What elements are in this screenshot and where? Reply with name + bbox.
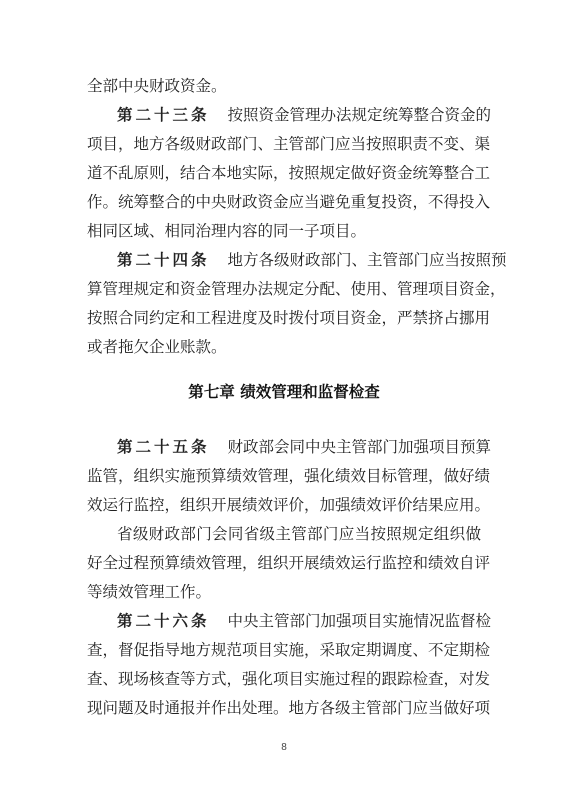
text-line: 作。统筹整合的中央财政资金应当避免重复投资，不得投入 bbox=[87, 188, 481, 217]
text-line: 监管，组织实施预算绩效管理，强化绩效目标管理，做好绩 bbox=[87, 462, 481, 491]
line-text: 中央主管部门加强项目实施情况监督检 bbox=[228, 612, 492, 630]
line-text: 查、现场核查等方式，强化项目实施过程的跟踪检查，对发 bbox=[87, 670, 490, 688]
text-line: 现问题及时通报并作出处理。地方各级主管部门应当做好项 bbox=[87, 694, 481, 723]
line-text: 查，督促指导地方规范项目实施，采取定期调度、不定期检 bbox=[87, 641, 490, 659]
article-number: 第二十四条 bbox=[117, 251, 210, 269]
line-text: 相同区域、相同治理内容的同一子项目。 bbox=[87, 222, 366, 240]
line-text: 现问题及时通报并作出处理。地方各级主管部门应当做好项 bbox=[87, 699, 490, 717]
text-line: 项目，地方各级财政部门、主管部门应当按照职责不变、渠 bbox=[87, 130, 481, 159]
line-text: 等绩效管理工作。 bbox=[87, 583, 211, 601]
line-text: 项目，地方各级财政部门、主管部门应当按照职责不变、渠 bbox=[87, 135, 490, 153]
text-line: 等绩效管理工作。 bbox=[87, 578, 481, 607]
line-text: 地方各级财政部门、主管部门应当按照预 bbox=[228, 251, 507, 269]
line-text: 算管理规定和资金管理办法规定分配、使用、管理项目资金， bbox=[87, 280, 506, 298]
text-line: 全部中央财政资金。 bbox=[87, 72, 481, 101]
text-line: 或者拖欠企业账款。 bbox=[87, 333, 481, 362]
article-number: 第二十六条 bbox=[117, 612, 210, 630]
text-line: 好全过程预算绩效管理，组织开展绩效运行监控和绩效自评 bbox=[87, 549, 481, 578]
article-line: 第二十六条中央主管部门加强项目实施情况监督检 bbox=[117, 607, 481, 636]
line-text: 省级财政部门会同省级主管部门应当按照规定组织做 bbox=[117, 525, 481, 543]
article-number: 第二十三条 bbox=[117, 106, 210, 124]
text-line: 查、现场核查等方式，强化项目实施过程的跟踪检查，对发 bbox=[87, 665, 481, 694]
line-text: 效运行监控，组织开展绩效评价，加强绩效评价结果应用。 bbox=[87, 496, 490, 514]
page-number: 8 bbox=[0, 742, 568, 753]
text-line: 效运行监控，组织开展绩效评价，加强绩效评价结果应用。 bbox=[87, 491, 481, 520]
line-text: 好全过程预算绩效管理，组织开展绩效运行监控和绩效自评 bbox=[87, 554, 490, 572]
article-line: 第二十四条地方各级财政部门、主管部门应当按照预 bbox=[117, 246, 481, 275]
line-text: 财政部会同中央主管部门加强项目预算 bbox=[228, 438, 492, 456]
line-text: 按照合同约定和工程进度及时拨付项目资金，严禁挤占挪用 bbox=[87, 309, 490, 327]
article-line: 第二十五条财政部会同中央主管部门加强项目预算 bbox=[117, 433, 481, 462]
line-text: 监管，组织实施预算绩效管理，强化绩效目标管理，做好绩 bbox=[87, 467, 490, 485]
text-line: 省级财政部门会同省级主管部门应当按照规定组织做 bbox=[117, 520, 481, 549]
line-text: 全部中央财政资金。 bbox=[87, 77, 227, 95]
line-text: 按照资金管理办法规定统筹整合资金的 bbox=[228, 106, 492, 124]
article-number: 第二十五条 bbox=[117, 438, 210, 456]
chapter-heading: 第七章 绩效管理和监督检查 bbox=[0, 378, 568, 407]
text-line: 算管理规定和资金管理办法规定分配、使用、管理项目资金， bbox=[87, 275, 481, 304]
line-text: 作。统筹整合的中央财政资金应当避免重复投资，不得投入 bbox=[87, 193, 490, 211]
text-line: 按照合同约定和工程进度及时拨付项目资金，严禁挤占挪用 bbox=[87, 304, 481, 333]
line-text: 或者拖欠企业账款。 bbox=[87, 338, 227, 356]
line-text: 道不乱原则，结合本地实际，按照规定做好资金统筹整合工 bbox=[87, 164, 490, 182]
text-line: 查，督促指导地方规范项目实施，采取定期调度、不定期检 bbox=[87, 636, 481, 665]
text-line: 道不乱原则，结合本地实际，按照规定做好资金统筹整合工 bbox=[87, 159, 481, 188]
text-line: 相同区域、相同治理内容的同一子项目。 bbox=[87, 217, 481, 246]
article-line: 第二十三条按照资金管理办法规定统筹整合资金的 bbox=[117, 101, 481, 130]
